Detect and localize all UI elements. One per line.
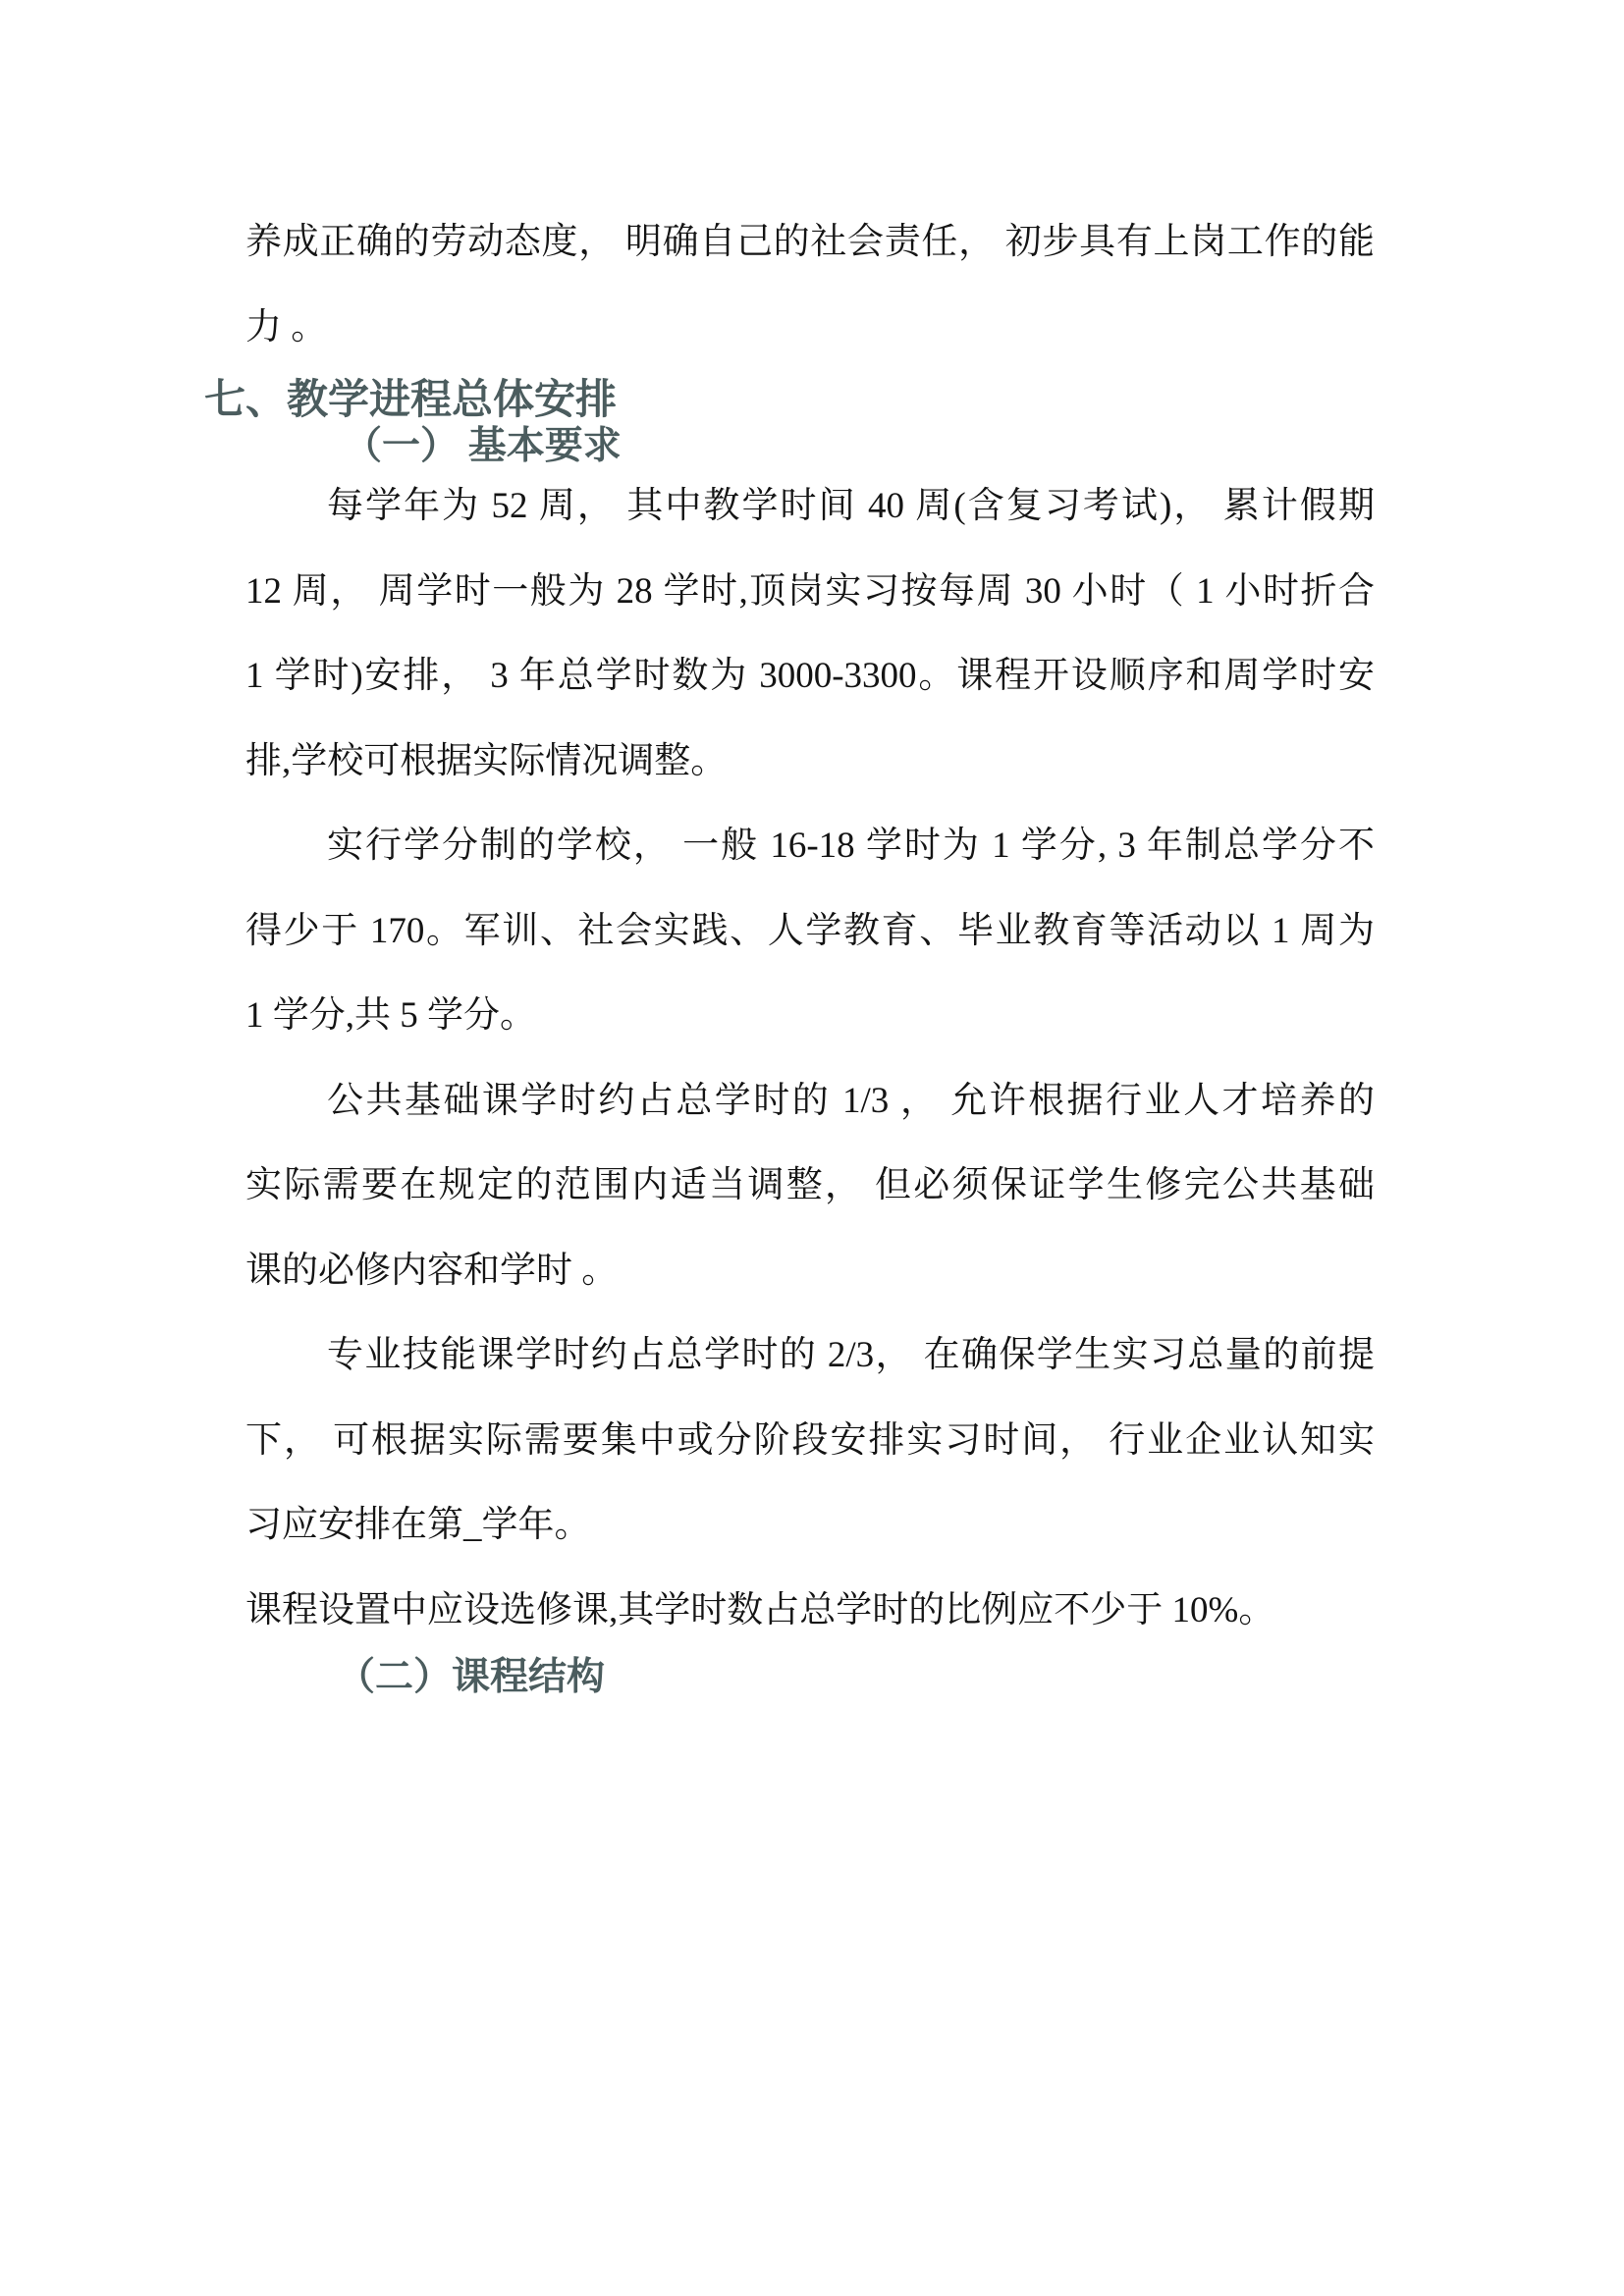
page-content: 养成正确的劳动态度， 明确自己的社会责任， 初步具有上岗工作的能 力 。 七、教… bbox=[245, 200, 1375, 1703]
paragraph-line: 1 学时)安排， 3 年总学时数为 3000-3300。课程开设顺序和周学时安 bbox=[245, 634, 1375, 720]
paragraph-line: 排,学校可根据实际情况调整。 bbox=[245, 720, 1375, 805]
paragraph-line: 实行学分制的学校， 一般 16-18 学时为 1 学分, 3 年制总学分不 bbox=[245, 804, 1375, 889]
document-page: 养成正确的劳动态度， 明确自己的社会责任， 初步具有上岗工作的能 力 。 七、教… bbox=[0, 0, 1624, 2296]
paragraph-line: 力 。 bbox=[245, 286, 1375, 371]
paragraph-line: 养成正确的劳动态度， 明确自己的社会责任， 初步具有上岗工作的能 bbox=[245, 200, 1375, 286]
subsection-heading-course-structure: （二）课程结构 bbox=[245, 1652, 1375, 1703]
section-heading: 七、教学进程总体安排 bbox=[204, 374, 1375, 425]
paragraph-line: 每学年为 52 周， 其中教学时间 40 周(含复习考试)， 累计假期 bbox=[245, 464, 1375, 550]
paragraph-line: 实际需要在规定的范围内适当调整， 但必须保证学生修完公共基础 bbox=[245, 1144, 1375, 1229]
paragraph-line: 得少于 170。军训、社会实践、人学教育、毕业教育等活动以 1 周为 bbox=[245, 889, 1375, 975]
paragraph-line: 专业技能课学时约占总学时的 2/3， 在确保学生实习总量的前提 bbox=[245, 1313, 1375, 1399]
paragraph-line: 公共基础课学时约占总学时的 1/3 ， 允许根据行业人才培养的 bbox=[245, 1059, 1375, 1145]
paragraph-line: 12 周， 周学时一般为 28 学时,顶岗实习按每周 30 小时（ 1 小时折合 bbox=[245, 550, 1375, 635]
paragraph-line: 习应安排在第_学年。 bbox=[245, 1483, 1375, 1569]
paragraph-line: 课的必修内容和学时 。 bbox=[245, 1229, 1375, 1314]
paragraph-line: 1 学分,共 5 学分。 bbox=[245, 974, 1375, 1059]
paragraph-line: 课程设置中应设选修课,其学时数占总学时的比例应不少于 10%。 bbox=[245, 1569, 1375, 1654]
paragraph-line: 下， 可根据实际需要集中或分阶段安排实习时间， 行业企业认知实 bbox=[245, 1399, 1375, 1484]
